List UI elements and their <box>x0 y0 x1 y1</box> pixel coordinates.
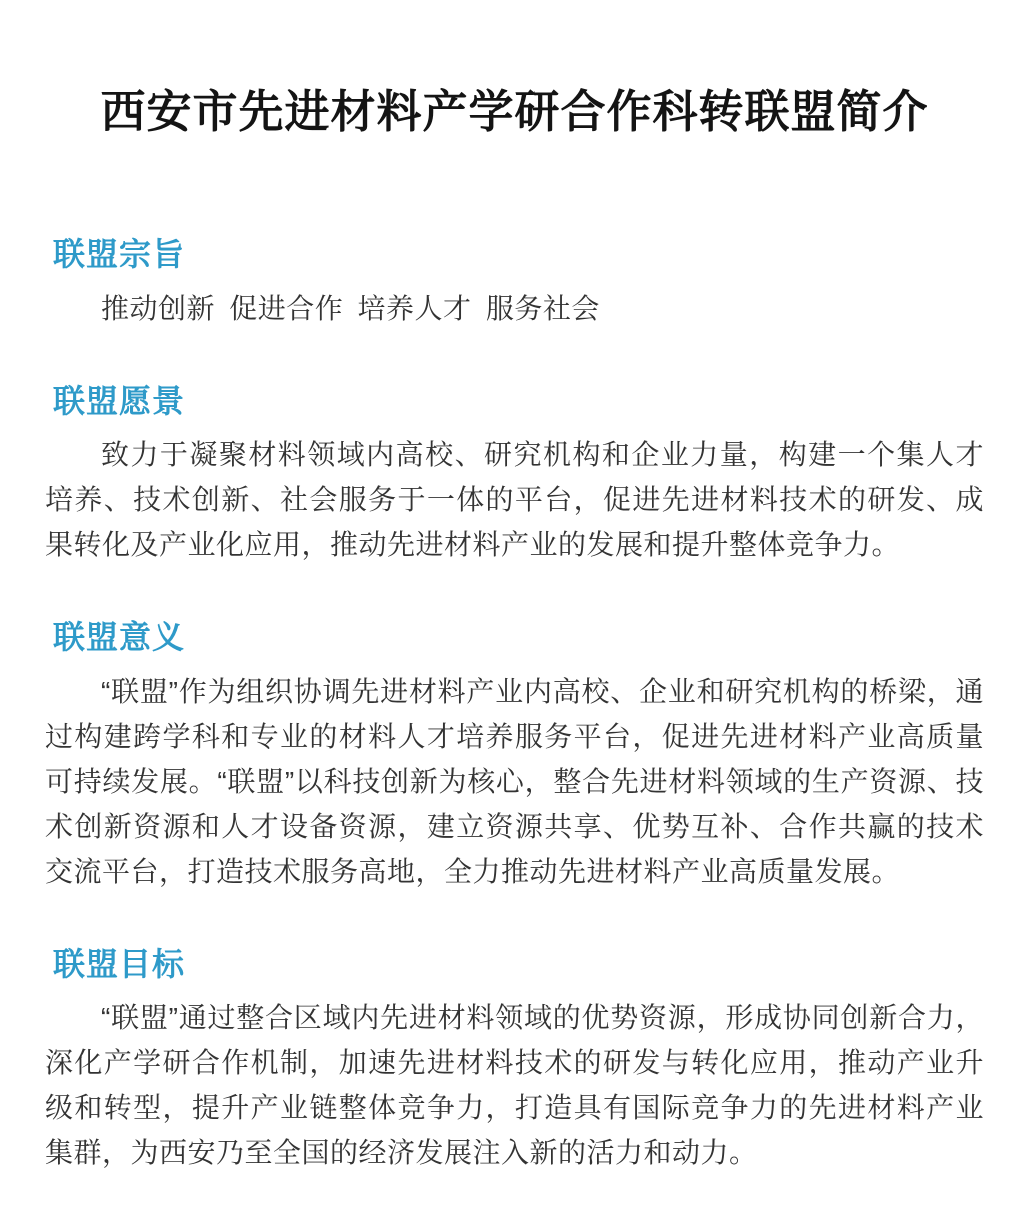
section-alliance-purpose: 联盟宗旨 推动创新 促进合作 培养人才 服务社会 <box>45 234 984 331</box>
section-alliance-significance: 联盟意义 “联盟”作为组织协调先进材料产业内高校、企业和研究机构的桥梁，通过构建… <box>45 617 984 894</box>
section-body-vision: 致力于凝聚材料领域内高校、研究机构和企业力量，构建一个集人才培养、技术创新、社会… <box>45 432 984 567</box>
section-alliance-goals: 联盟目标 “联盟”通过整合区域内先进材料领域的优势资源，形成协同创新合力，深化产… <box>45 944 984 1176</box>
section-body-purpose: 推动创新 促进合作 培养人才 服务社会 <box>45 286 984 331</box>
section-heading-goals: 联盟目标 <box>53 944 984 986</box>
document-page: 西安市先进材料产学研合作科转联盟简介 联盟宗旨 推动创新 促进合作 培养人才 服… <box>0 0 1026 1217</box>
section-alliance-vision: 联盟愿景 致力于凝聚材料领域内高校、研究机构和企业力量，构建一个集人才培养、技术… <box>45 381 984 568</box>
section-heading-significance: 联盟意义 <box>53 617 984 659</box>
section-heading-purpose: 联盟宗旨 <box>53 234 984 276</box>
section-body-goals: “联盟”通过整合区域内先进材料领域的优势资源，形成协同创新合力，深化产学研合作机… <box>45 995 984 1175</box>
page-title: 西安市先进材料产学研合作科转联盟简介 <box>45 85 984 139</box>
section-heading-vision: 联盟愿景 <box>53 381 984 423</box>
section-body-significance: “联盟”作为组织协调先进材料产业内高校、企业和研究机构的桥梁，通过构建跨学科和专… <box>45 669 984 894</box>
